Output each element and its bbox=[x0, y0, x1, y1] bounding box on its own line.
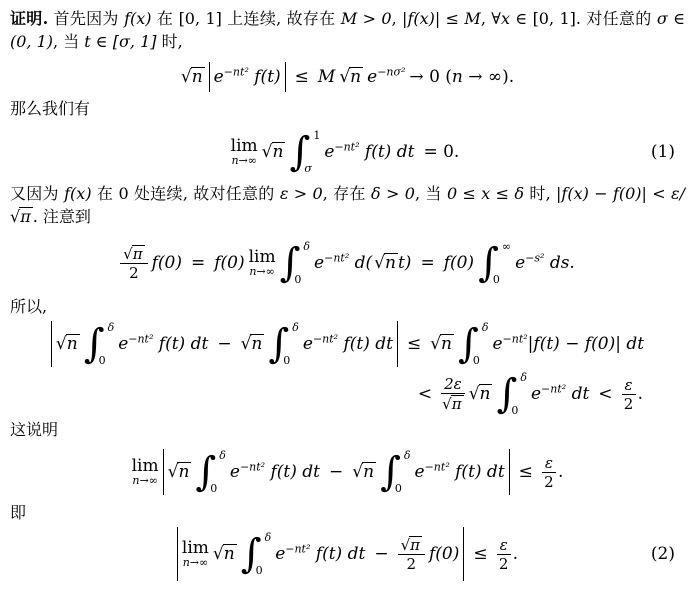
fraction-denominator: 2 bbox=[129, 264, 139, 281]
integral-bounds: δ0 bbox=[290, 322, 299, 366]
integral-lower-bound: 0 bbox=[473, 355, 489, 366]
math-run: [0, 1] bbox=[179, 9, 222, 28]
fraction-denominator: 2 bbox=[624, 395, 634, 412]
math-term: e−nt²|f(t) − f(0)| dt bbox=[492, 334, 644, 354]
text-run: , 存在 bbox=[323, 184, 371, 203]
equals-zero: = 0. bbox=[423, 142, 459, 162]
minus-sign: − bbox=[217, 334, 231, 354]
sqrt: √π bbox=[442, 395, 463, 413]
fraction-numerator: ε bbox=[497, 537, 511, 555]
text-run: 那么我们有 bbox=[10, 99, 90, 118]
limit-label: lim bbox=[231, 138, 258, 154]
exponent: −nt² bbox=[313, 332, 338, 345]
math-f0: f(0) bbox=[444, 253, 474, 273]
proof-document: 证明. 首先因为 f(x) 在 [0, 1] 上连续, 故存在 M > 0, |… bbox=[0, 0, 695, 583]
text-run: , bbox=[481, 9, 491, 28]
fraction: 2ε√π bbox=[441, 376, 465, 413]
math-f0: f(0) bbox=[152, 253, 182, 273]
sqrt: √n bbox=[181, 67, 205, 87]
text-run: 时, bbox=[524, 184, 556, 203]
exponent: −nt² bbox=[334, 140, 359, 153]
math-run: 0 bbox=[119, 184, 129, 203]
formula-4-line-2: < 2ε√π √n ∫δ0 e−nt² dt < ε2 . bbox=[10, 372, 685, 416]
math-ds: ds. bbox=[550, 253, 575, 273]
math-term: e−nt² f(t) dt bbox=[230, 462, 320, 482]
integral-upper-bound: 1 bbox=[313, 130, 320, 141]
math-run: f(x) bbox=[64, 184, 91, 203]
arrow-infinity: → ∞). bbox=[463, 67, 514, 87]
math-e: e bbox=[303, 334, 313, 354]
integral-upper-bound: δ bbox=[404, 450, 411, 461]
math-f0: f(0) bbox=[429, 544, 459, 564]
sqrt: √n bbox=[352, 462, 376, 482]
equals-sign: = bbox=[191, 253, 205, 273]
integral-upper-bound: δ bbox=[265, 532, 272, 543]
sqrt-inline: √π bbox=[10, 207, 33, 226]
text-run: , 当 bbox=[53, 32, 84, 51]
equation-number-1: (1) bbox=[651, 142, 675, 162]
integral: ∫δ0 bbox=[280, 241, 310, 285]
absolute-value-bar bbox=[285, 62, 286, 92]
math-e: e bbox=[367, 67, 377, 87]
text-run: 首先因为 bbox=[48, 9, 124, 28]
fraction: ε2 bbox=[497, 537, 511, 572]
sqrt-argument: n bbox=[349, 67, 363, 87]
math-run: ε > 0 bbox=[280, 184, 323, 203]
period: . bbox=[558, 462, 563, 482]
fraction-numerator: ε bbox=[622, 377, 636, 395]
text-run: 这说明 bbox=[10, 420, 58, 439]
integral: ∫δ0 bbox=[380, 450, 410, 494]
limit-subscript: n→∞ bbox=[132, 475, 157, 486]
integral: ∫δ0 bbox=[84, 322, 114, 366]
display-formula-6: limn→∞ √n ∫δ0 e−nt² f(t) dt − √π2 f(0) ≤… bbox=[10, 525, 685, 583]
integral-bounds: δ0 bbox=[480, 322, 489, 366]
text-run: 又因为 bbox=[10, 184, 64, 203]
period: . bbox=[638, 384, 643, 404]
display-formula-5: limn→∞ √n ∫δ0 e−nt² f(t) dt − √n ∫δ0 e−n… bbox=[10, 444, 685, 500]
sqrt-argument: n bbox=[191, 67, 205, 87]
text-run: 上连续, 故存在 bbox=[222, 9, 341, 28]
integral-lower-bound: σ bbox=[304, 163, 320, 174]
math-ftdt: f(t) dt bbox=[159, 334, 209, 354]
integral: ∫δ0 bbox=[496, 372, 526, 416]
math-term: e−nt² f(t) dt bbox=[118, 334, 208, 354]
limit-label: lim bbox=[132, 458, 159, 474]
integral-bounds: δ0 bbox=[518, 372, 527, 416]
absolute-value-bar bbox=[51, 321, 52, 367]
math-e: e bbox=[118, 334, 128, 354]
math-term: e−nt² f(t) bbox=[214, 67, 281, 87]
text-run: . 注意到 bbox=[33, 207, 91, 226]
equation-number-2: (2) bbox=[651, 544, 675, 564]
math-abs-diff: |f(t) − f(0)| dt bbox=[528, 334, 644, 354]
limit-operator: limn→∞ bbox=[249, 249, 276, 277]
integral-bounds: δ0 bbox=[106, 322, 115, 366]
formula-4-line-1: √n ∫δ0 e−nt² f(t) dt − √n ∫δ0 e−nt² f(t)… bbox=[10, 321, 685, 367]
sqrt-argument: n bbox=[272, 142, 286, 162]
integral: ∫δ0 bbox=[195, 450, 225, 494]
math-run: |f(x) − f(0)| < ε/ bbox=[556, 184, 685, 203]
absolute-value-bar bbox=[163, 449, 164, 495]
sqrt: √n bbox=[168, 462, 192, 482]
display-formula-3: √π2 f(0) = f(0) limn→∞ ∫δ0 e−nt² d( √n t… bbox=[10, 234, 685, 292]
less-than-sign: < bbox=[598, 384, 612, 404]
fraction: ε2 bbox=[622, 377, 636, 412]
sqrt-argument: π bbox=[409, 536, 422, 554]
integral-upper-bound: δ bbox=[482, 322, 489, 333]
integral-bounds: δ0 bbox=[402, 450, 411, 494]
math-term: e−nt² f(t) dt bbox=[303, 334, 393, 354]
math-run: [0, 1]. bbox=[527, 9, 581, 28]
integral-bounds: δ0 bbox=[263, 532, 272, 576]
fraction-denominator: 2 bbox=[407, 555, 417, 572]
math-e: e bbox=[415, 462, 425, 482]
sqrt-argument: n bbox=[177, 462, 191, 482]
text-run: , bbox=[392, 9, 402, 28]
math-run: t ∈ [σ, 1] bbox=[84, 32, 156, 51]
sqrt: √n bbox=[262, 142, 286, 162]
integral-upper-bound: δ bbox=[219, 450, 226, 461]
sqrt: √π bbox=[123, 245, 144, 263]
math-ftdt: f(t) dt bbox=[271, 462, 321, 482]
math-term: e−nt² dt bbox=[531, 384, 589, 404]
math-term: e−nt² d( bbox=[314, 253, 372, 273]
integral-bounds: δ0 bbox=[217, 450, 226, 494]
fraction-numerator: 2ε bbox=[441, 376, 465, 394]
limit-operator: limn→∞ bbox=[182, 540, 209, 568]
integral-bounds: δ0 bbox=[301, 241, 310, 285]
display-formula-4: √n ∫δ0 e−nt² f(t) dt − √n ∫δ0 e−nt² f(t)… bbox=[10, 321, 685, 416]
math-e: e bbox=[275, 544, 285, 564]
math-run: 0 ≤ x ≤ δ bbox=[447, 184, 524, 203]
equals-sign: = bbox=[420, 253, 434, 273]
integral-upper-bound: δ bbox=[303, 241, 310, 252]
integral-lower-bound: 0 bbox=[294, 274, 310, 285]
sqrt-argument: π bbox=[451, 395, 464, 413]
leq-sign: ≤ bbox=[407, 334, 421, 354]
period: . bbox=[513, 544, 518, 564]
minus-sign: − bbox=[329, 462, 343, 482]
limit-label: lim bbox=[182, 540, 209, 556]
math-e: e bbox=[230, 462, 240, 482]
integral-lower-bound: 0 bbox=[395, 483, 411, 494]
math-e: e bbox=[314, 253, 324, 273]
proof-paragraph-4: 所以, bbox=[10, 295, 685, 318]
exponent: −nt² bbox=[224, 65, 249, 78]
minus-sign: − bbox=[374, 544, 388, 564]
exponent: −nt² bbox=[240, 460, 265, 473]
sqrt-argument: n bbox=[250, 334, 264, 354]
math-e: e bbox=[492, 334, 502, 354]
math-e: e bbox=[214, 67, 224, 87]
display-formula-1: √n e−nt² f(t) ≤ M √n e−nσ² → 0 (n → ∞). bbox=[10, 62, 685, 92]
math-e: e bbox=[324, 142, 334, 162]
math-term: e−nσ² bbox=[367, 67, 405, 87]
sqrt: √n bbox=[430, 334, 454, 354]
fraction-denominator: √π bbox=[442, 394, 463, 413]
sqrt: √n bbox=[374, 253, 398, 273]
integral-bounds: 1σ bbox=[311, 130, 320, 174]
text-run: 对任意的 bbox=[581, 9, 657, 28]
sqrt: √n bbox=[469, 384, 493, 404]
math-f0: f(0) bbox=[214, 253, 244, 273]
fraction: √π2 bbox=[398, 536, 425, 573]
integral-lower-bound: 0 bbox=[256, 565, 272, 576]
integral: ∫δ0 bbox=[268, 322, 298, 366]
integral-lower-bound: 0 bbox=[493, 274, 511, 285]
math-term: e−s² ds. bbox=[515, 253, 575, 273]
integral: ∫δ0 bbox=[458, 322, 488, 366]
sqrt: √n bbox=[56, 334, 80, 354]
text-run: , 当 bbox=[415, 184, 447, 203]
absolute-value-bar bbox=[397, 321, 398, 367]
absolute-value-bar bbox=[509, 449, 510, 495]
sqrt-argument: n bbox=[440, 334, 454, 354]
sqrt-argument: n bbox=[362, 462, 376, 482]
text-run: 所以, bbox=[10, 297, 47, 316]
proof-paragraph-6: 即 bbox=[10, 501, 685, 524]
display-formula-2: limn→∞ √n ∫1σ e−nt² f(t) dt = 0. (1) bbox=[10, 125, 685, 179]
math-M: M bbox=[318, 67, 335, 87]
math-t-close: t) bbox=[398, 253, 411, 273]
absolute-value-bar bbox=[177, 527, 178, 581]
integral-upper-bound: δ bbox=[108, 322, 115, 333]
sqrt: √π bbox=[401, 536, 422, 554]
integral-lower-bound: 0 bbox=[511, 405, 527, 416]
sqrt-argument: n bbox=[223, 544, 237, 564]
sqrt: √n bbox=[241, 334, 265, 354]
math-e: e bbox=[531, 384, 541, 404]
math-n: n bbox=[452, 67, 463, 87]
integral-upper-bound: δ bbox=[520, 372, 527, 383]
less-than-sign: < bbox=[418, 384, 432, 404]
sqrt: √n bbox=[213, 544, 237, 564]
math-term: e−nt² f(t) dt bbox=[275, 544, 365, 564]
limit-operator: limn→∞ bbox=[231, 138, 258, 166]
integral-lower-bound: 0 bbox=[99, 355, 115, 366]
math-e: e bbox=[515, 253, 525, 273]
exponent: −s² bbox=[525, 251, 544, 264]
sqrt-argument: n bbox=[479, 384, 493, 404]
exponent: −nt² bbox=[285, 542, 310, 555]
text-run: 即 bbox=[10, 503, 26, 522]
math-ftdt: f(t) dt bbox=[365, 142, 415, 162]
limit-label: lim bbox=[249, 249, 276, 265]
integral-lower-bound: 0 bbox=[283, 355, 299, 366]
arrow-zero: → 0 ( bbox=[409, 67, 452, 87]
integral: ∫δ0 bbox=[241, 532, 271, 576]
sqrt: √n bbox=[339, 67, 363, 87]
sqrt-argument: π bbox=[132, 245, 145, 263]
math-ftdt: f(t) dt bbox=[316, 544, 366, 564]
math-d-open: d( bbox=[355, 253, 373, 273]
text-run: 处连续, 故对任意的 bbox=[129, 184, 280, 203]
limit-operator: limn→∞ bbox=[132, 458, 159, 486]
math-ftdt: f(t) dt bbox=[455, 462, 505, 482]
sqrt-argument: π bbox=[19, 207, 33, 226]
math-run: f(x) bbox=[124, 9, 151, 28]
fraction: √π2 bbox=[120, 245, 147, 282]
text-run: 在 bbox=[92, 184, 119, 203]
exponent: −nt² bbox=[503, 332, 528, 345]
proof-paragraph-1: 证明. 首先因为 f(x) 在 [0, 1] 上连续, 故存在 M > 0, |… bbox=[10, 7, 685, 53]
fraction-denominator: 2 bbox=[544, 473, 554, 490]
limit-subscript: n→∞ bbox=[231, 155, 256, 166]
math-run: δ > 0 bbox=[371, 184, 415, 203]
integral-lower-bound: 0 bbox=[210, 483, 226, 494]
math-ft: f(t) bbox=[254, 67, 280, 87]
text-run: 时, bbox=[156, 32, 182, 51]
math-run: M > 0 bbox=[341, 9, 392, 28]
leq-sign: ≤ bbox=[519, 462, 533, 482]
leq-sign: ≤ bbox=[473, 544, 487, 564]
proof-label: 证明. bbox=[10, 9, 48, 28]
integral-bounds: ∞0 bbox=[500, 241, 511, 285]
absolute-value-bar bbox=[463, 527, 464, 581]
math-run: ∀x ∈ bbox=[491, 9, 527, 28]
math-run: |f(x)| ≤ M bbox=[402, 9, 481, 28]
text-run: 在 bbox=[152, 9, 179, 28]
fraction-denominator: 2 bbox=[499, 555, 509, 572]
exponent: −nσ² bbox=[377, 65, 405, 78]
fraction-numerator: √π bbox=[398, 536, 425, 556]
exponent: −nt² bbox=[128, 332, 153, 345]
proof-paragraph-2: 那么我们有 bbox=[10, 97, 685, 120]
leq-sign: ≤ bbox=[295, 67, 309, 87]
math-term: e−nt² f(t) dt bbox=[415, 462, 505, 482]
proof-paragraph-3: 又因为 f(x) 在 0 处连续, 故对任意的 ε > 0, 存在 δ > 0,… bbox=[10, 182, 685, 228]
integral-upper-bound: ∞ bbox=[502, 241, 511, 252]
limit-subscript: n→∞ bbox=[249, 266, 274, 277]
exponent: −nt² bbox=[541, 382, 566, 395]
absolute-value-bar bbox=[209, 62, 210, 92]
math-ftdt: f(t) dt bbox=[343, 334, 393, 354]
math-dt: dt bbox=[572, 384, 590, 404]
limit-subscript: n→∞ bbox=[183, 557, 208, 568]
math-term: e−nt² f(t) dt bbox=[324, 142, 414, 162]
sqrt-argument: n bbox=[384, 253, 398, 273]
exponent: −nt² bbox=[324, 251, 349, 264]
integral-upper-bound: δ bbox=[292, 322, 299, 333]
sqrt-argument: n bbox=[66, 334, 80, 354]
integral: ∫∞0 bbox=[478, 241, 511, 285]
integral: ∫1σ bbox=[289, 130, 320, 174]
fraction: ε2 bbox=[542, 455, 556, 490]
math-tail: → 0 (n → ∞). bbox=[409, 67, 514, 87]
proof-paragraph-5: 这说明 bbox=[10, 418, 685, 441]
fraction-numerator: √π bbox=[120, 245, 147, 265]
exponent: −nt² bbox=[425, 460, 450, 473]
fraction-numerator: ε bbox=[542, 455, 556, 473]
